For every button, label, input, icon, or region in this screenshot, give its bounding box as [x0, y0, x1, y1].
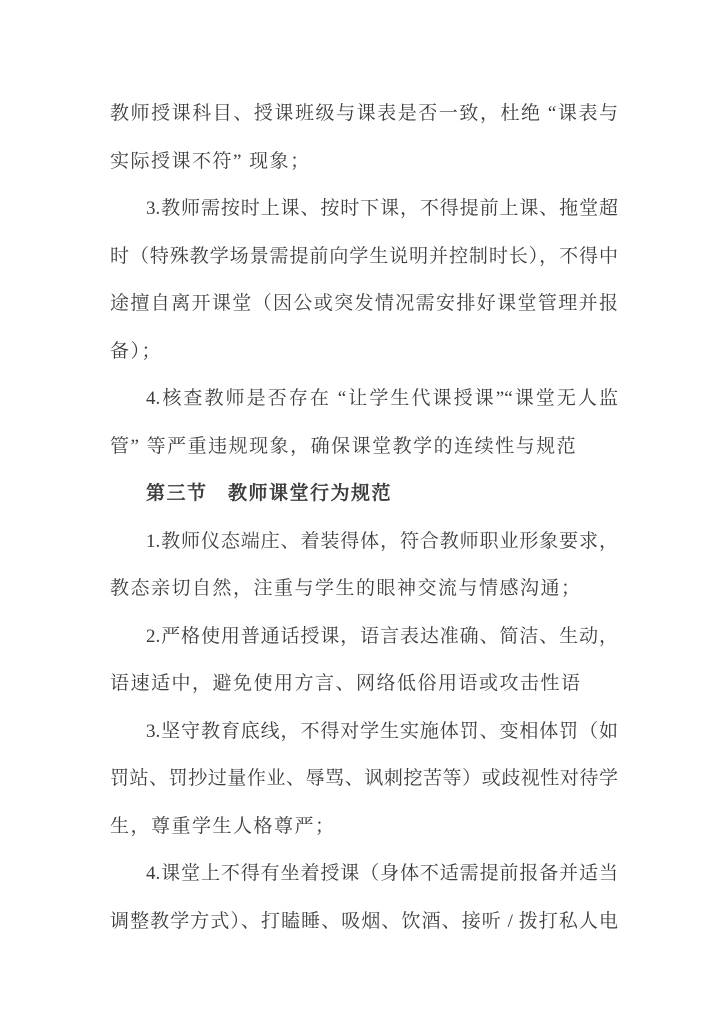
document-page: 教师授课科目、授课班级与课表是否一致，杜绝 “课表与 实际授课不符” 现象； 3… [0, 0, 724, 1024]
text-line: 生，尊重学生人格尊严； [110, 803, 618, 851]
text-line: 3.教师需按时上课、按时下课，不得提前上课、拖堂超 [110, 185, 618, 233]
text-line: 语速适中，避免使用方言、网络低俗用语或攻击性语言； [110, 660, 618, 708]
text-line: 管” 等严重违规现象，确保课堂教学的连续性与规范性。 [110, 423, 618, 471]
text-line: 时（特殊教学场景需提前向学生说明并控制时长），不得中 [110, 233, 618, 281]
text-line: 途擅自离开课堂（因公或突发情况需安排好课堂管理并报 [110, 280, 618, 328]
text-line: 罚站、罚抄过量作业、辱骂、讽刺挖苦等）或歧视性对待学 [110, 755, 618, 803]
paragraph-item-4: 4.核查教师是否存在 “让学生代课授课”“课堂无人监 管” 等严重违规现象，确保… [110, 375, 618, 470]
text-line: 教态亲切自然，注重与学生的眼神交流与情感沟通； [110, 565, 618, 613]
text-line: 1.教师仪态端庄、着装得体，符合教师职业形象要求， [110, 518, 618, 566]
paragraph-item-2: 2.严格使用普通话授课，语言表达准确、简洁、生动， 语速适中，避免使用方言、网络… [110, 613, 618, 708]
section-heading-text: 第三节 教师课堂行为规范 [110, 470, 618, 518]
text-line: 实际授课不符” 现象； [110, 138, 618, 186]
text-line: 调整教学方式）、打瞌睡、吸烟、饮酒、接听 / 拨打私人电 [110, 898, 618, 946]
section-heading: 第三节 教师课堂行为规范 [110, 470, 618, 518]
text-line: 4.核查教师是否存在 “让学生代课授课”“课堂无人监 [110, 375, 618, 423]
text-line: 3.坚守教育底线，不得对学生实施体罚、变相体罚（如 [110, 708, 618, 756]
paragraph-item-4b: 4.课堂上不得有坐着授课（身体不适需提前报备并适当 调整教学方式）、打瞌睡、吸烟… [110, 850, 618, 945]
text-line: 4.课堂上不得有坐着授课（身体不适需提前报备并适当 [110, 850, 618, 898]
text-line: 2.严格使用普通话授课，语言表达准确、简洁、生动， [110, 613, 618, 661]
text-line: 备）； [110, 328, 618, 376]
paragraph-item-3: 3.教师需按时上课、按时下课，不得提前上课、拖堂超 时（特殊教学场景需提前向学生… [110, 185, 618, 375]
paragraph-item-3b: 3.坚守教育底线，不得对学生实施体罚、变相体罚（如 罚站、罚抄过量作业、辱骂、讽… [110, 708, 618, 851]
paragraph-item-1: 1.教师仪态端庄、着装得体，符合教师职业形象要求， 教态亲切自然，注重与学生的眼… [110, 518, 618, 613]
paragraph-continuation: 教师授课科目、授课班级与课表是否一致，杜绝 “课表与 实际授课不符” 现象； [110, 90, 618, 185]
page-text-block: 教师授课科目、授课班级与课表是否一致，杜绝 “课表与 实际授课不符” 现象； 3… [110, 90, 618, 945]
text-line: 教师授课科目、授课班级与课表是否一致，杜绝 “课表与 [110, 90, 618, 138]
